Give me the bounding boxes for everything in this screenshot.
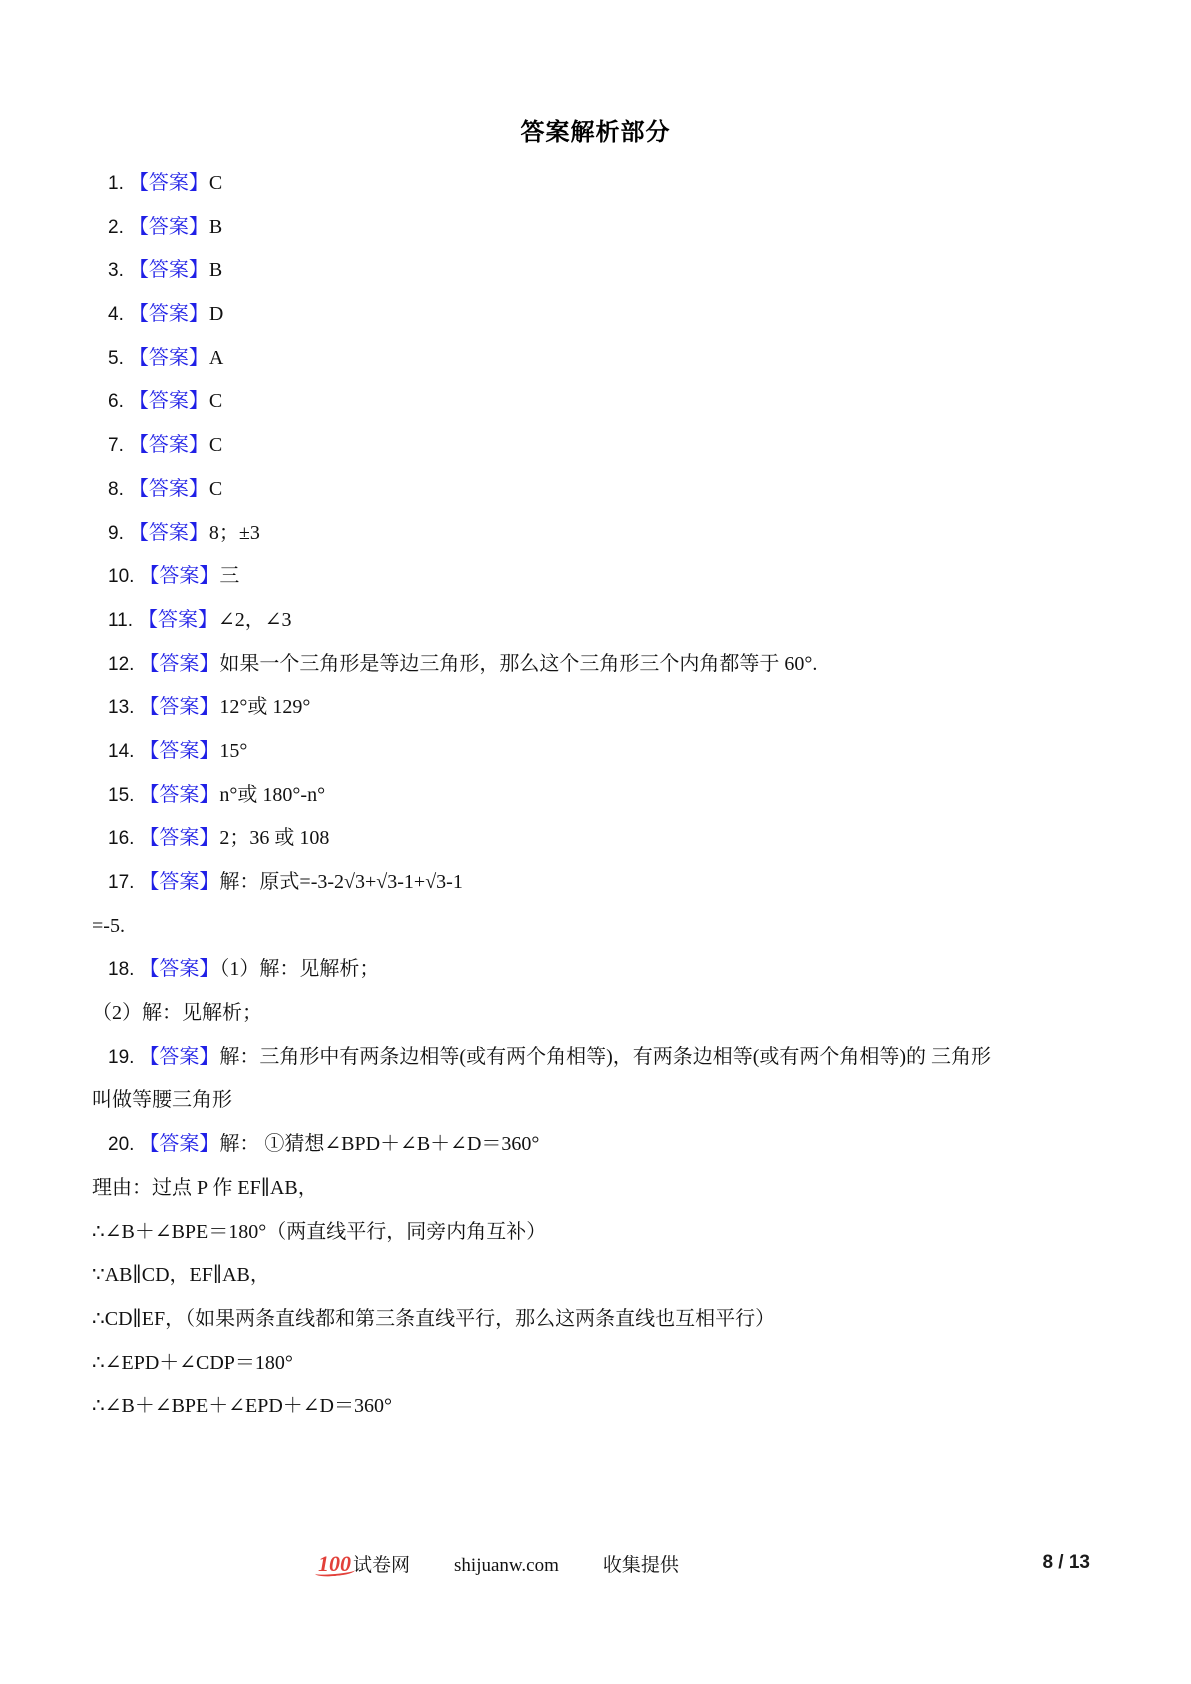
answer-tag: 【答案】 xyxy=(139,871,219,893)
answer-text: 解： ①猜想∠BPD＋∠B＋∠D＝360° xyxy=(219,1133,539,1155)
item-number: 5. xyxy=(108,348,124,369)
answer-line: 19.【答案】解：三角形中有两条边相等(或有两个角相等)，有两条边相等(或有两个… xyxy=(92,1036,1101,1080)
answer-text: B xyxy=(209,216,222,238)
answer-line: 7.【答案】C xyxy=(92,424,1101,468)
answer-line: 6.【答案】C xyxy=(92,380,1101,424)
item-number: 3. xyxy=(108,260,124,281)
answer-text: 15° xyxy=(219,740,247,762)
item-number: 9. xyxy=(108,523,124,544)
answer-tag: 【答案】 xyxy=(139,784,219,806)
site-logo: 100 试卷网 xyxy=(318,1550,410,1577)
answer-tag: 【答案】 xyxy=(129,216,209,238)
answer-text: ∵AB∥CD，EF∥AB， xyxy=(92,1264,270,1286)
answer-line: 3.【答案】B xyxy=(92,249,1101,293)
answer-line: 理由：过点 P 作 EF∥AB， xyxy=(92,1167,1101,1211)
answer-text: D xyxy=(209,303,223,325)
answer-line: 14.【答案】15° xyxy=(92,730,1101,774)
answer-text: 如果一个三角形是等边三角形，那么这个三角形三个内角都等于 60°. xyxy=(219,653,817,675)
answer-text: 8；±3 xyxy=(209,522,260,544)
item-number: 15. xyxy=(108,785,134,806)
answer-tag: 【答案】 xyxy=(139,565,219,587)
answer-line: 12.【答案】如果一个三角形是等边三角形，那么这个三角形三个内角都等于 60°. xyxy=(92,643,1101,687)
item-number: 17. xyxy=(108,872,134,893)
answer-tag: 【答案】 xyxy=(139,1046,219,1068)
answer-line: 20.【答案】解： ①猜想∠BPD＋∠B＋∠D＝360° xyxy=(92,1123,1101,1167)
answer-tag: 【答案】 xyxy=(138,609,218,631)
item-number: 20. xyxy=(108,1134,134,1155)
answer-text: n°或 180°-n° xyxy=(219,784,325,806)
answer-line: 15.【答案】n°或 180°-n° xyxy=(92,774,1101,818)
answer-line: ∴CD∥EF，（如果两条直线都和第三条直线平行，那么这两条直线也互相平行） xyxy=(92,1298,1101,1342)
answer-text: =-5. xyxy=(92,915,125,937)
item-number: 10. xyxy=(108,566,134,587)
answer-text: 解：三角形中有两条边相等(或有两个角相等)，有两条边相等(或有两个角相等)的 三… xyxy=(219,1046,991,1068)
answer-tag: 【答案】 xyxy=(139,696,219,718)
answer-line: （2）解：见解析； xyxy=(92,992,1101,1036)
answer-tag: 【答案】 xyxy=(139,958,219,980)
item-number: 14. xyxy=(108,741,134,762)
answer-text: C xyxy=(209,434,222,456)
page-number: 8 / 13 xyxy=(1042,1552,1090,1574)
answer-line: 1.【答案】C xyxy=(92,162,1101,206)
footer-brand-group: 100 试卷网 shijuanw.com 收集提供 xyxy=(318,1550,679,1577)
footer-note: 收集提供 xyxy=(603,1550,679,1577)
answer-line: ∴∠B＋∠BPE＝180°（两直线平行，同旁内角互补） xyxy=(92,1211,1101,1255)
answer-text: A xyxy=(209,347,223,369)
item-number: 12. xyxy=(108,654,134,675)
answer-tag: 【答案】 xyxy=(129,347,209,369)
answer-text: ∠2，∠3 xyxy=(218,609,292,631)
answer-lines: 1.【答案】C2.【答案】B3.【答案】B4.【答案】D5.【答案】A6.【答案… xyxy=(92,162,1101,1429)
logo-100-icon: 100 xyxy=(318,1551,351,1577)
answer-tag: 【答案】 xyxy=(129,259,209,281)
answer-line: 16.【答案】2；36 或 108 xyxy=(92,817,1101,861)
answer-line: ∵AB∥CD，EF∥AB， xyxy=(92,1254,1101,1298)
answer-line: 叫做等腰三角形 xyxy=(92,1079,1101,1123)
answer-text: 理由：过点 P 作 EF∥AB， xyxy=(92,1177,318,1199)
document-page: 答案解析部分 1.【答案】C2.【答案】B3.【答案】B4.【答案】D5.【答案… xyxy=(0,0,1191,1684)
page-footer: 100 试卷网 shijuanw.com 收集提供 8 / 13 xyxy=(0,1544,1191,1588)
answer-text: ∴∠B＋∠BPE＝180°（两直线平行，同旁内角互补） xyxy=(92,1221,546,1243)
answer-text: ∴∠EPD＋∠CDP＝180° xyxy=(92,1352,293,1374)
answer-line: 13.【答案】12°或 129° xyxy=(92,686,1101,730)
answer-text: 12°或 129° xyxy=(219,696,310,718)
answer-line: 9.【答案】8；±3 xyxy=(92,512,1101,556)
answer-tag: 【答案】 xyxy=(129,303,209,325)
answer-text: C xyxy=(209,478,222,500)
item-number: 7. xyxy=(108,435,124,456)
answer-text: C xyxy=(209,172,222,194)
answer-line: 18.【答案】（1）解：见解析； xyxy=(92,948,1101,992)
answer-line: 17.【答案】解：原式=-3-2√3+√3-1+√3-1 xyxy=(92,861,1101,905)
answer-text: （1）解：见解析； xyxy=(219,958,379,980)
answer-tag: 【答案】 xyxy=(139,1133,219,1155)
answer-line: 5.【答案】A xyxy=(92,337,1101,381)
answer-line: ∴∠EPD＋∠CDP＝180° xyxy=(92,1342,1101,1386)
item-number: 11. xyxy=(108,610,133,631)
item-number: 16. xyxy=(108,828,134,849)
answer-text: B xyxy=(209,259,222,281)
item-number: 13. xyxy=(108,697,134,718)
answer-text: 三 xyxy=(219,565,239,587)
answer-line: 8.【答案】C xyxy=(92,468,1101,512)
item-number: 1. xyxy=(108,173,124,194)
answer-line: =-5. xyxy=(92,905,1101,949)
answer-tag: 【答案】 xyxy=(129,434,209,456)
item-number: 19. xyxy=(108,1047,134,1068)
answer-text: C xyxy=(209,390,222,412)
answer-tag: 【答案】 xyxy=(129,390,209,412)
page-title: 答案解析部分 xyxy=(0,112,1191,147)
answer-text: 2；36 或 108 xyxy=(219,827,329,849)
answer-tag: 【答案】 xyxy=(139,740,219,762)
logo-site-name: 试卷网 xyxy=(353,1550,410,1577)
item-number: 4. xyxy=(108,304,124,325)
site-url: shijuanw.com xyxy=(454,1555,559,1577)
answer-text: 解：原式=-3-2√3+√3-1+√3-1 xyxy=(219,871,462,893)
answer-tag: 【答案】 xyxy=(129,522,209,544)
answer-tag: 【答案】 xyxy=(139,653,219,675)
item-number: 6. xyxy=(108,391,124,412)
answer-line: 4.【答案】D xyxy=(92,293,1101,337)
answer-line: ∴∠B＋∠BPE＋∠EPD＋∠D＝360° xyxy=(92,1385,1101,1429)
answer-tag: 【答案】 xyxy=(129,478,209,500)
answer-text: （2）解：见解析； xyxy=(92,1002,262,1024)
item-number: 8. xyxy=(108,479,124,500)
answer-line: 2.【答案】B xyxy=(92,206,1101,250)
answer-line: 11.【答案】∠2，∠3 xyxy=(92,599,1101,643)
item-number: 18. xyxy=(108,959,134,980)
answer-text: 叫做等腰三角形 xyxy=(92,1089,232,1111)
item-number: 2. xyxy=(108,217,124,238)
answer-text: ∴∠B＋∠BPE＋∠EPD＋∠D＝360° xyxy=(92,1395,392,1417)
answer-text: ∴CD∥EF，（如果两条直线都和第三条直线平行，那么这两条直线也互相平行） xyxy=(92,1308,775,1330)
answer-tag: 【答案】 xyxy=(139,827,219,849)
answer-line: 10.【答案】三 xyxy=(92,555,1101,599)
answer-tag: 【答案】 xyxy=(129,172,209,194)
